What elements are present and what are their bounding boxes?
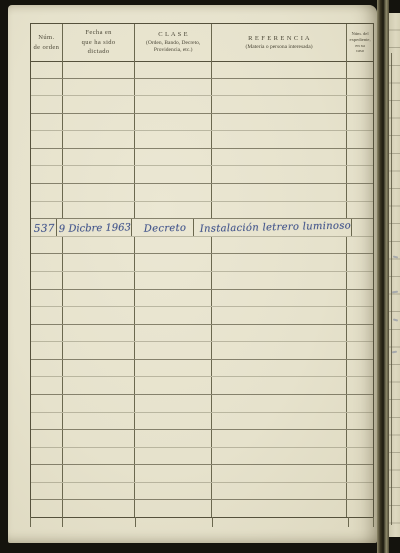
cell-clase bbox=[135, 500, 212, 517]
cell-clase bbox=[135, 149, 212, 166]
cell-fecha bbox=[63, 166, 136, 183]
cell-referencia bbox=[212, 465, 347, 482]
cell-expediente bbox=[347, 465, 373, 482]
cell-fecha bbox=[63, 254, 136, 271]
table-row bbox=[31, 272, 373, 290]
cell-num bbox=[31, 272, 63, 289]
cell-clase bbox=[135, 96, 212, 113]
cell-fecha bbox=[63, 325, 136, 342]
cell-clase bbox=[135, 237, 212, 254]
cell-expediente bbox=[347, 61, 373, 78]
cell-expediente bbox=[347, 377, 373, 394]
cell-referencia bbox=[212, 307, 347, 324]
cell-fecha bbox=[63, 342, 136, 359]
cell-num bbox=[31, 413, 63, 430]
cell-referencia bbox=[212, 272, 347, 289]
header-sublabel: Providencia, etc.) bbox=[154, 47, 193, 54]
cell-expediente bbox=[347, 96, 373, 113]
cell-referencia bbox=[212, 342, 347, 359]
cell-num bbox=[31, 325, 63, 342]
cell-expediente bbox=[347, 184, 373, 201]
cell-referencia bbox=[212, 79, 347, 96]
header-label: Núm. bbox=[38, 33, 54, 42]
handwritten-fecha: 9 Dicbre 1963 bbox=[57, 223, 131, 237]
stray-ink-mark bbox=[393, 256, 398, 259]
cell-num bbox=[31, 307, 63, 324]
cell-clase bbox=[135, 290, 212, 307]
cell-num bbox=[31, 430, 63, 447]
cell-clase bbox=[135, 166, 212, 183]
rule-tick bbox=[373, 517, 374, 527]
cell-num bbox=[31, 166, 63, 183]
table-row bbox=[31, 500, 373, 517]
header-fecha: Fecha en que ha sido dictado bbox=[63, 24, 136, 61]
cell-fecha bbox=[63, 131, 136, 148]
header-label: que ha sido bbox=[82, 38, 116, 47]
cell-referencia bbox=[212, 377, 347, 394]
cell-num bbox=[31, 500, 63, 517]
cell-fecha bbox=[63, 360, 136, 377]
stray-ink-mark bbox=[392, 291, 398, 294]
stray-ink-mark bbox=[393, 318, 398, 321]
cell-num bbox=[31, 79, 63, 96]
cell-fecha bbox=[63, 202, 136, 219]
cell-fecha bbox=[63, 500, 136, 517]
table-row bbox=[31, 395, 373, 413]
table-row bbox=[31, 96, 373, 114]
cell-expediente bbox=[347, 342, 373, 359]
cell-num bbox=[31, 254, 63, 271]
cell-clase bbox=[135, 465, 212, 482]
cell-num bbox=[31, 360, 63, 377]
cell-fecha: 9 Dicbre 1963 bbox=[57, 219, 132, 236]
cell-num bbox=[31, 184, 63, 201]
header-referencia: R E F E R E N C I A (Materia o persona i… bbox=[212, 24, 347, 61]
cell-referencia bbox=[212, 413, 347, 430]
table-header: Núm. de orden Fecha en que ha sido dicta… bbox=[31, 24, 373, 62]
cell-clase bbox=[135, 395, 212, 412]
cell-fecha bbox=[63, 290, 136, 307]
cell-num bbox=[31, 61, 63, 78]
cell-clase bbox=[135, 184, 212, 201]
rule-tick bbox=[30, 517, 31, 527]
handwritten-num: 537 bbox=[31, 224, 55, 237]
cell-referencia bbox=[212, 325, 347, 342]
cell-num: 537 bbox=[31, 219, 57, 236]
cell-referencia bbox=[212, 149, 347, 166]
table-row bbox=[31, 290, 373, 308]
cell-referencia bbox=[212, 166, 347, 183]
cell-expediente bbox=[347, 79, 373, 96]
cell-referencia bbox=[212, 430, 347, 447]
cell-clase bbox=[135, 79, 212, 96]
table-row bbox=[31, 377, 373, 395]
cell-clase bbox=[135, 307, 212, 324]
cell-expediente bbox=[347, 483, 373, 500]
handwritten-clase: Decreto bbox=[132, 224, 187, 237]
cell-referencia bbox=[212, 448, 347, 465]
cell-clase bbox=[135, 325, 212, 342]
table-row bbox=[31, 413, 373, 431]
cell-expediente bbox=[347, 360, 373, 377]
table-row bbox=[31, 114, 373, 132]
cell-expediente bbox=[347, 325, 373, 342]
header-sublabel: (Materia o persona interesada) bbox=[246, 44, 313, 51]
cell-fecha bbox=[63, 184, 136, 201]
table-body: 5379 Dicbre 1963DecretoInstalación letre… bbox=[31, 61, 373, 517]
cell-referencia bbox=[212, 96, 347, 113]
rule-tick bbox=[62, 517, 63, 527]
cell-expediente bbox=[347, 272, 373, 289]
table-row bbox=[31, 184, 373, 202]
cell-fecha bbox=[63, 395, 136, 412]
cell-referencia bbox=[212, 184, 347, 201]
header-label: de orden bbox=[34, 43, 60, 52]
cell-fecha bbox=[63, 79, 136, 96]
cell-expediente bbox=[347, 448, 373, 465]
cell-fecha bbox=[63, 307, 136, 324]
header-clase: C L A S E (Orden, Bando, Decreto, Provid… bbox=[135, 24, 212, 61]
table-row bbox=[31, 61, 373, 79]
header-num-orden: Núm. de orden bbox=[31, 24, 63, 61]
cell-num bbox=[31, 237, 63, 254]
cell-clase bbox=[135, 413, 212, 430]
cell-referencia bbox=[212, 61, 347, 78]
cell-fecha bbox=[63, 413, 136, 430]
rule-tick bbox=[348, 517, 349, 527]
cell-expediente bbox=[352, 219, 373, 236]
rule-overshoot-ticks bbox=[30, 517, 374, 528]
table-row bbox=[31, 149, 373, 167]
cell-referencia bbox=[212, 202, 347, 219]
cell-num bbox=[31, 483, 63, 500]
cell-expediente bbox=[347, 114, 373, 131]
cell-num bbox=[31, 342, 63, 359]
cell-clase bbox=[135, 377, 212, 394]
header-label: caso bbox=[356, 48, 364, 54]
cell-fecha bbox=[63, 114, 136, 131]
cell-referencia bbox=[212, 290, 347, 307]
cell-fecha bbox=[63, 377, 136, 394]
cell-fecha bbox=[63, 483, 136, 500]
table-row bbox=[31, 307, 373, 325]
cell-expediente bbox=[347, 166, 373, 183]
cell-expediente bbox=[347, 131, 373, 148]
cell-referencia bbox=[212, 500, 347, 517]
cell-expediente bbox=[347, 237, 373, 254]
registry-table: Núm. de orden Fecha en que ha sido dicta… bbox=[30, 23, 374, 518]
next-page-edge bbox=[389, 13, 400, 537]
cell-fecha bbox=[63, 272, 136, 289]
scanned-ledger-page: Núm. de orden Fecha en que ha sido dicta… bbox=[0, 0, 400, 553]
cell-clase bbox=[135, 114, 212, 131]
cell-num bbox=[31, 465, 63, 482]
table-row bbox=[31, 360, 373, 378]
table-row bbox=[31, 202, 373, 220]
cell-fecha bbox=[63, 448, 136, 465]
cell-expediente bbox=[347, 500, 373, 517]
cell-expediente bbox=[347, 395, 373, 412]
cell-fecha bbox=[63, 96, 136, 113]
cell-clase bbox=[135, 131, 212, 148]
cell-num bbox=[31, 96, 63, 113]
header-num-expediente: Núm. del expediente, en su caso bbox=[347, 24, 373, 61]
cell-clase bbox=[135, 202, 212, 219]
cell-clase bbox=[135, 448, 212, 465]
table-row bbox=[31, 237, 373, 255]
rule-tick bbox=[135, 517, 136, 527]
cell-clase bbox=[135, 61, 212, 78]
header-label: Fecha en bbox=[85, 28, 111, 37]
cell-referencia bbox=[212, 395, 347, 412]
table-row bbox=[31, 325, 373, 343]
cell-num bbox=[31, 131, 63, 148]
cell-num bbox=[31, 290, 63, 307]
cell-clase bbox=[135, 342, 212, 359]
next-page-rule bbox=[391, 53, 392, 525]
cell-expediente bbox=[347, 413, 373, 430]
table-row bbox=[31, 79, 373, 97]
cell-num bbox=[31, 395, 63, 412]
header-label: dictado bbox=[88, 47, 110, 56]
cell-fecha bbox=[63, 465, 136, 482]
header-label: C L A S E bbox=[158, 30, 188, 39]
ledger-page: Núm. de orden Fecha en que ha sido dicta… bbox=[8, 5, 377, 543]
cell-fecha bbox=[63, 149, 136, 166]
cell-num bbox=[31, 149, 63, 166]
cell-referencia: Instalación letrero luminoso bbox=[194, 219, 352, 236]
header-label: R E F E R E N C I A bbox=[248, 34, 310, 43]
rule-tick bbox=[212, 517, 213, 527]
cell-referencia bbox=[212, 360, 347, 377]
cell-clase bbox=[135, 360, 212, 377]
table-row bbox=[31, 448, 373, 466]
cell-clase bbox=[135, 483, 212, 500]
cell-num bbox=[31, 377, 63, 394]
table-row bbox=[31, 342, 373, 360]
table-row bbox=[31, 254, 373, 272]
cell-expediente bbox=[347, 307, 373, 324]
cell-referencia bbox=[212, 114, 347, 131]
cell-clase bbox=[135, 430, 212, 447]
cell-num bbox=[31, 114, 63, 131]
cell-fecha bbox=[63, 237, 136, 254]
cell-expediente bbox=[347, 202, 373, 219]
cell-fecha bbox=[63, 430, 136, 447]
stray-ink-mark bbox=[392, 351, 397, 354]
table-row bbox=[31, 131, 373, 149]
cell-clase: Decreto bbox=[132, 219, 194, 236]
cell-expediente bbox=[347, 254, 373, 271]
cell-num bbox=[31, 448, 63, 465]
cell-clase bbox=[135, 254, 212, 271]
cell-fecha bbox=[63, 61, 136, 78]
cell-expediente bbox=[347, 290, 373, 307]
cell-referencia bbox=[212, 237, 347, 254]
cell-referencia bbox=[212, 131, 347, 148]
cell-clase bbox=[135, 272, 212, 289]
cell-num bbox=[31, 202, 63, 219]
table-row bbox=[31, 465, 373, 483]
book-gutter bbox=[377, 0, 389, 553]
table-row bbox=[31, 166, 373, 184]
cell-referencia bbox=[212, 254, 347, 271]
table-row: 5379 Dicbre 1963DecretoInstalación letre… bbox=[31, 219, 373, 237]
cell-expediente bbox=[347, 149, 373, 166]
handwritten-referencia: Instalación letrero luminoso bbox=[194, 221, 351, 237]
cell-expediente bbox=[347, 430, 373, 447]
table-row bbox=[31, 483, 373, 501]
cell-referencia bbox=[212, 483, 347, 500]
table-row bbox=[31, 430, 373, 448]
